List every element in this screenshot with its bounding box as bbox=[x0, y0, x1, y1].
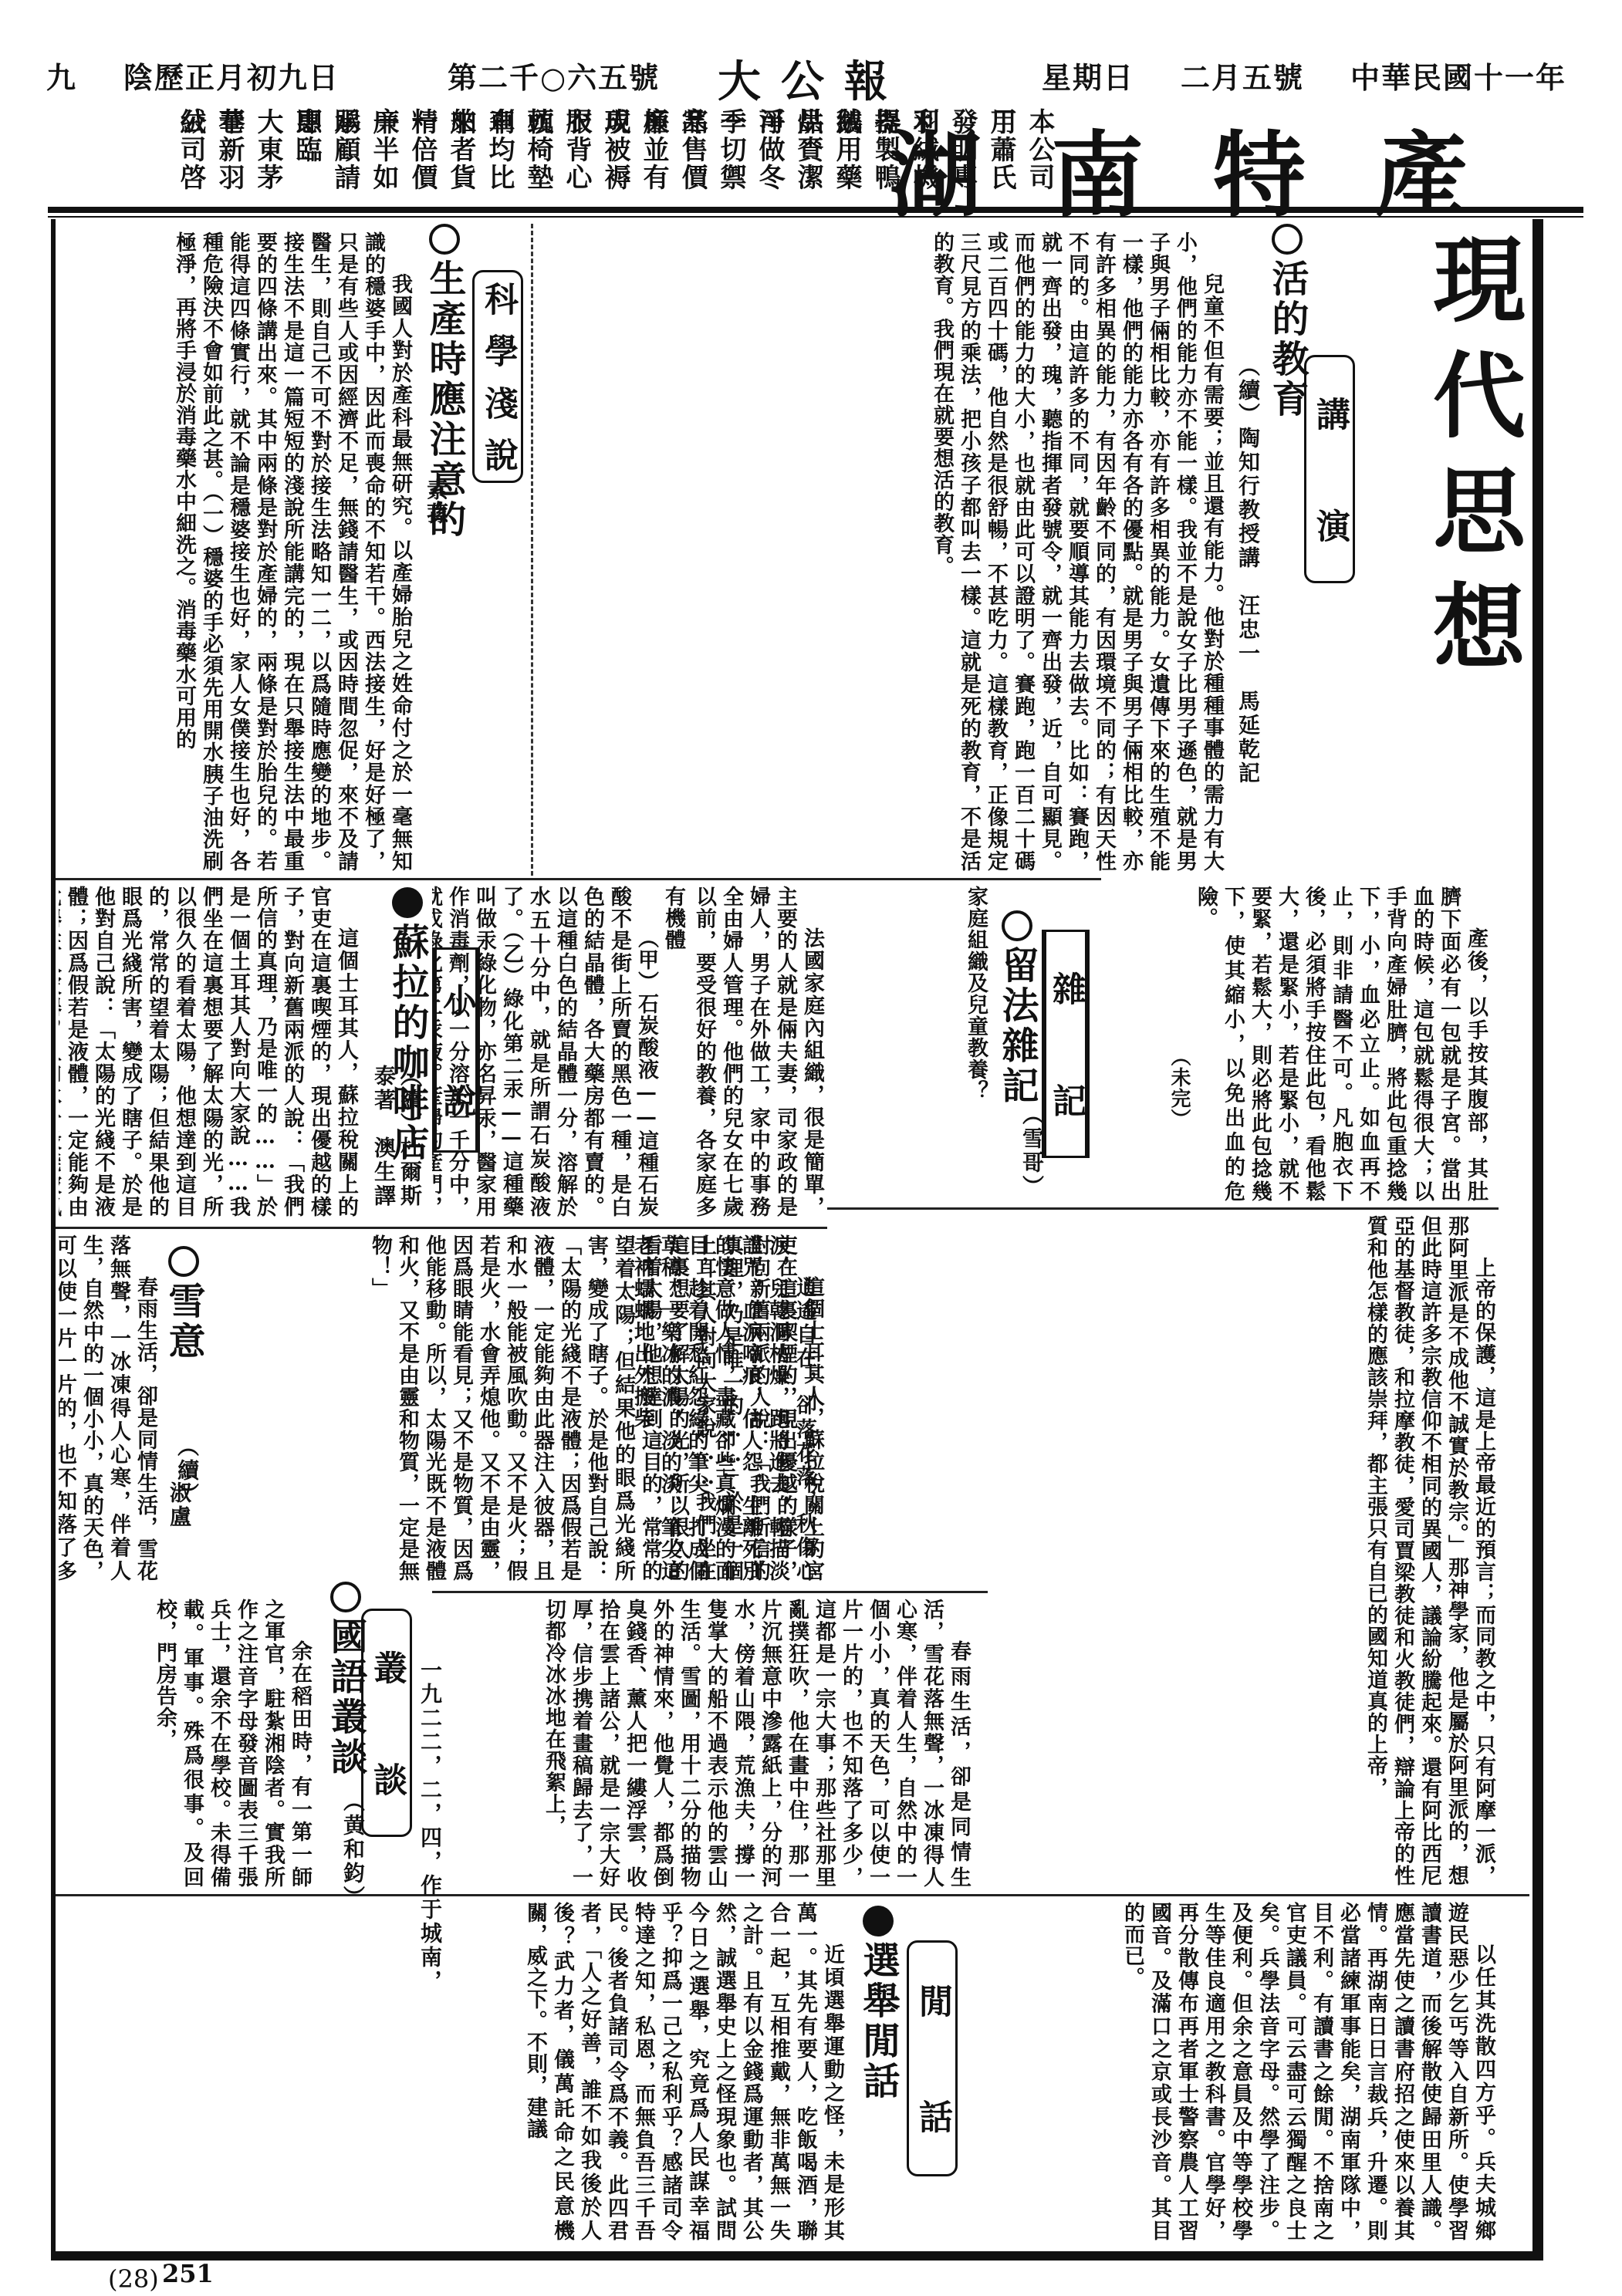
banner-ad-column: 本公司用 bbox=[1020, 108, 1059, 208]
issue-number: 第二千○六五號 bbox=[448, 54, 660, 96]
science-column-label: 科學 淺說 bbox=[472, 270, 523, 483]
novel-body-upper: 這個士耳其人，蘇拉稅關上的官吏在這裏喫煙的，現出優越的樣子，對向新舊兩派的人說：… bbox=[59, 886, 360, 1217]
date-month-day: 二月五號 bbox=[1181, 54, 1304, 96]
divider-upper bbox=[56, 878, 1101, 880]
lecture-body: 兒童不但有需要；並且還有能力。他對於種種事體的需力有大小，他們的能力亦不能一樣。… bbox=[500, 231, 1225, 872]
paper-name: 大公報 bbox=[718, 48, 907, 110]
mandarin-headline: 國語叢談 bbox=[324, 1582, 367, 1778]
filled-bullet-icon bbox=[392, 887, 423, 918]
election-body: 近頃選舉運動之怪，未是形其萬一。其先有要人，吃飯喝酒，聯合一起，互相推戴，無非萬… bbox=[59, 1902, 846, 2241]
science-divider bbox=[531, 224, 533, 876]
military-body: 以任其洗散四方乎。兵夫城鄉遊民惡少乞丐等入自新所。使學習讀書道，而後解散使歸田里… bbox=[972, 1902, 1497, 2241]
page-mark: 九 bbox=[46, 54, 77, 96]
poem-body-upper: 春雨生活，卻是同情生活，雪花落無聲，一冰凍得人心寒，伴着人生，自然中的一個小小，… bbox=[59, 1234, 159, 1582]
lecture-column-label: 講 演 bbox=[1304, 355, 1355, 583]
travel-intro: 家庭組織及兒童教養？ bbox=[827, 886, 989, 1217]
circle-bullet-icon bbox=[429, 224, 460, 255]
filled-bullet-icon bbox=[863, 1906, 894, 1936]
circle-bullet-icon bbox=[330, 1582, 361, 1612]
divider-lower bbox=[56, 1894, 1529, 1896]
mandarin-byline: （黄和鈞） bbox=[340, 1790, 366, 1909]
poem-body-lower: 春雨生活，卻是同情生活，雪花落無聲，一冰凍得人心寒，伴着人生，自然中的一個小小，… bbox=[432, 1599, 972, 1888]
travel-prev-body: 產後，以手按其腹部，其肚臍下面必有一包就是子宮。當出血的時候，這包就鬆得很大；以… bbox=[1111, 886, 1489, 1202]
novel-column-label: 小說 bbox=[432, 947, 480, 1153]
frame-bottom-border bbox=[51, 2251, 1543, 2261]
novel-byline: （續）杜爾斯泰著 澳生譯 bbox=[370, 1065, 423, 1219]
page-number-paren: (28) bbox=[108, 2264, 159, 2294]
science-body: 我國人對於產科最無研究。以產婦胎兒之姓命付之於一毫無知識的穩婆手中，因此而喪命的… bbox=[59, 231, 414, 872]
banner-ad-column: 大東茅巷 bbox=[248, 108, 287, 208]
circle-bullet-icon bbox=[168, 1246, 199, 1277]
circle-bullet-icon bbox=[1272, 224, 1303, 255]
circle-bullet-icon bbox=[1002, 910, 1032, 941]
page-number: 251 bbox=[162, 2259, 214, 2288]
section-title: 現代思想 bbox=[1404, 231, 1537, 694]
travel-headline: 留法雜記 bbox=[995, 910, 1039, 1106]
banner-ad-columns: 本公司用丁蕭氏發明專利羽絨機器提製鴨鵝絨用藥品烘賚潔淨可做冬季一切禦寒品售價極廉… bbox=[171, 108, 1059, 208]
banner-ad-column: 發明專利 bbox=[943, 108, 982, 208]
travel-column-label: 雜記 bbox=[1042, 930, 1090, 1158]
masthead-rule bbox=[48, 207, 1583, 213]
election-column-label: 閒話 bbox=[907, 1940, 958, 2176]
science-byline: 素蓀 bbox=[423, 478, 449, 526]
travel-byline: （雪哥） bbox=[1019, 1103, 1045, 1199]
lecture-headline: 活的教育 bbox=[1265, 224, 1309, 420]
lunar-date: 陰歷正月初九日 bbox=[123, 54, 340, 96]
masthead-rule-thin bbox=[48, 216, 1583, 218]
poem-headline: 雪意 bbox=[162, 1246, 205, 1362]
election-headline: 選舉閒話 bbox=[857, 1906, 900, 2102]
weekday: 星期日 bbox=[1042, 54, 1134, 96]
masthead: 九 陰歷正月初九日 第二千○六五號 大公報 星期日 二月五號 中華民國十一年 bbox=[46, 54, 1582, 93]
lecture-byline: （續）陶知行教授講 汪忠一 馬延乾記 bbox=[1235, 355, 1261, 864]
sketch-body: 逍遙自在，卻落花落，秋傷心淚，兒乾涸枯燥，跑將進去，輕描淡詛咒，血淚啼痕，估人怨… bbox=[432, 1234, 818, 1582]
mandarin-body: 余在稻田時，有一第一師之軍官，駐紮湘陰者。實我所作之注音字母發音圖表三千張兵士，… bbox=[59, 1599, 313, 1888]
divider-mid-left bbox=[56, 1227, 827, 1229]
mandarin-column-label: 叢談 bbox=[361, 1609, 412, 1837]
poem-author: 淑盧 bbox=[166, 1481, 192, 1529]
date-roc-year: 中華民國十一年 bbox=[1350, 54, 1566, 96]
travel-body: 法國家庭內組織，很是簡單，主要的人就是倆夫妻，司家政的是婦人，男子在外做工，家中… bbox=[694, 886, 826, 1217]
